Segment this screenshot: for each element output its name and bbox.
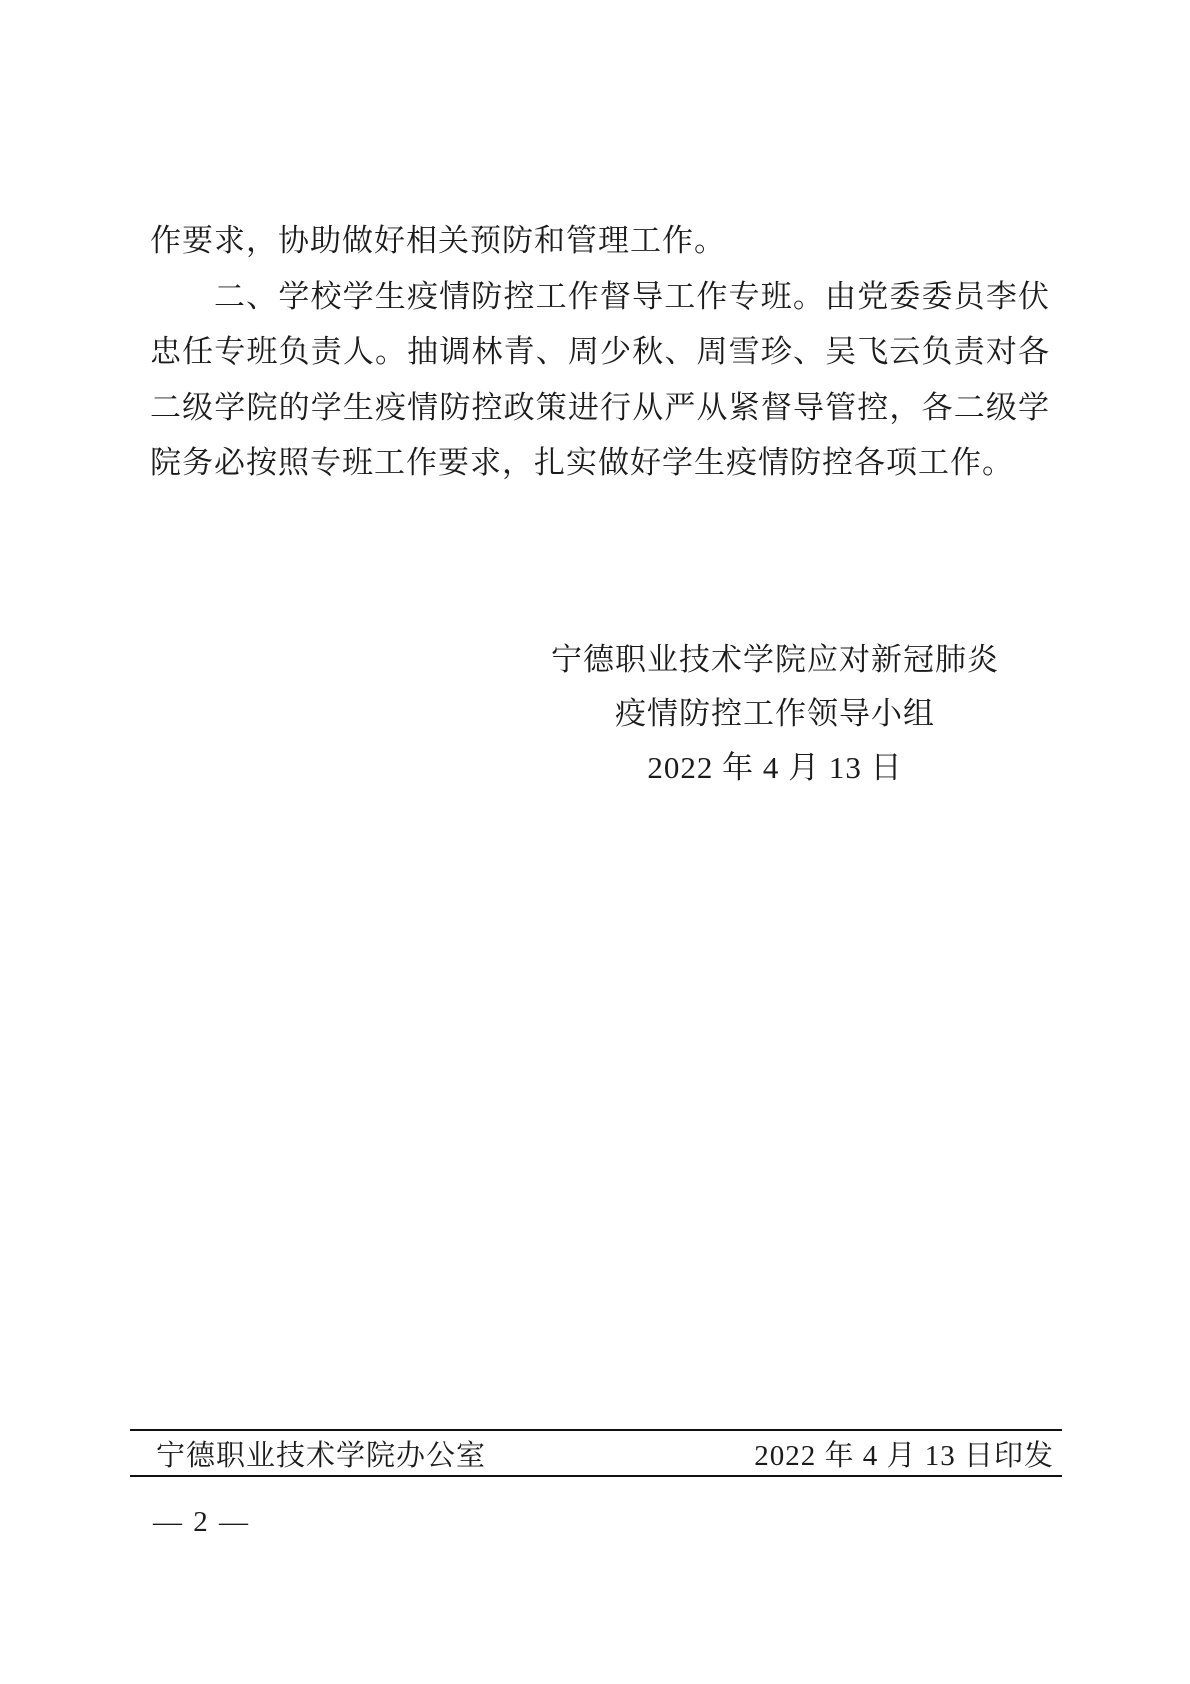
signature-block: 宁德职业技术学院应对新冠肺炎 疫情防控工作领导小组 2022 年 4 月 13 … (510, 633, 1040, 795)
body-line-paragraph-end: 院务必按照专班工作要求，扎实做好学生疫情防控各项工作。 (150, 435, 1050, 491)
footer-colophon: 宁德职业技术学院办公室 2022 年 4 月 13 日印发 (130, 1429, 1062, 1477)
signature-org-line-1: 宁德职业技术学院应对新冠肺炎 (510, 633, 1040, 687)
body-line: 忠任专班负责人。抽调林青、周少秋、周雪珍、吴飞云负责对各 (150, 324, 1050, 380)
body-line-continuation: 作要求，协助做好相关预防和管理工作。 (150, 213, 1050, 269)
footer-print-date: 2022 年 4 月 13 日印发 (754, 1433, 1062, 1474)
footer-issuing-office: 宁德职业技术学院办公室 (130, 1433, 486, 1474)
signature-date: 2022 年 4 月 13 日 (510, 741, 1040, 795)
signature-org-line-2: 疫情防控工作领导小组 (510, 687, 1040, 741)
body-line-paragraph-2-start: 二、学校学生疫情防控工作督导工作专班。由党委委员李伏 (150, 269, 1050, 325)
document-page: 作要求，协助做好相关预防和管理工作。 二、学校学生疫情防控工作督导工作专班。由党… (0, 0, 1190, 1684)
body-line: 二级学院的学生疫情防控政策进行从严从紧督导管控，各二级学 (150, 380, 1050, 436)
page-number: — 2 — (153, 1502, 250, 1542)
body-text-block: 作要求，协助做好相关预防和管理工作。 二、学校学生疫情防控工作督导工作专班。由党… (150, 213, 1050, 491)
